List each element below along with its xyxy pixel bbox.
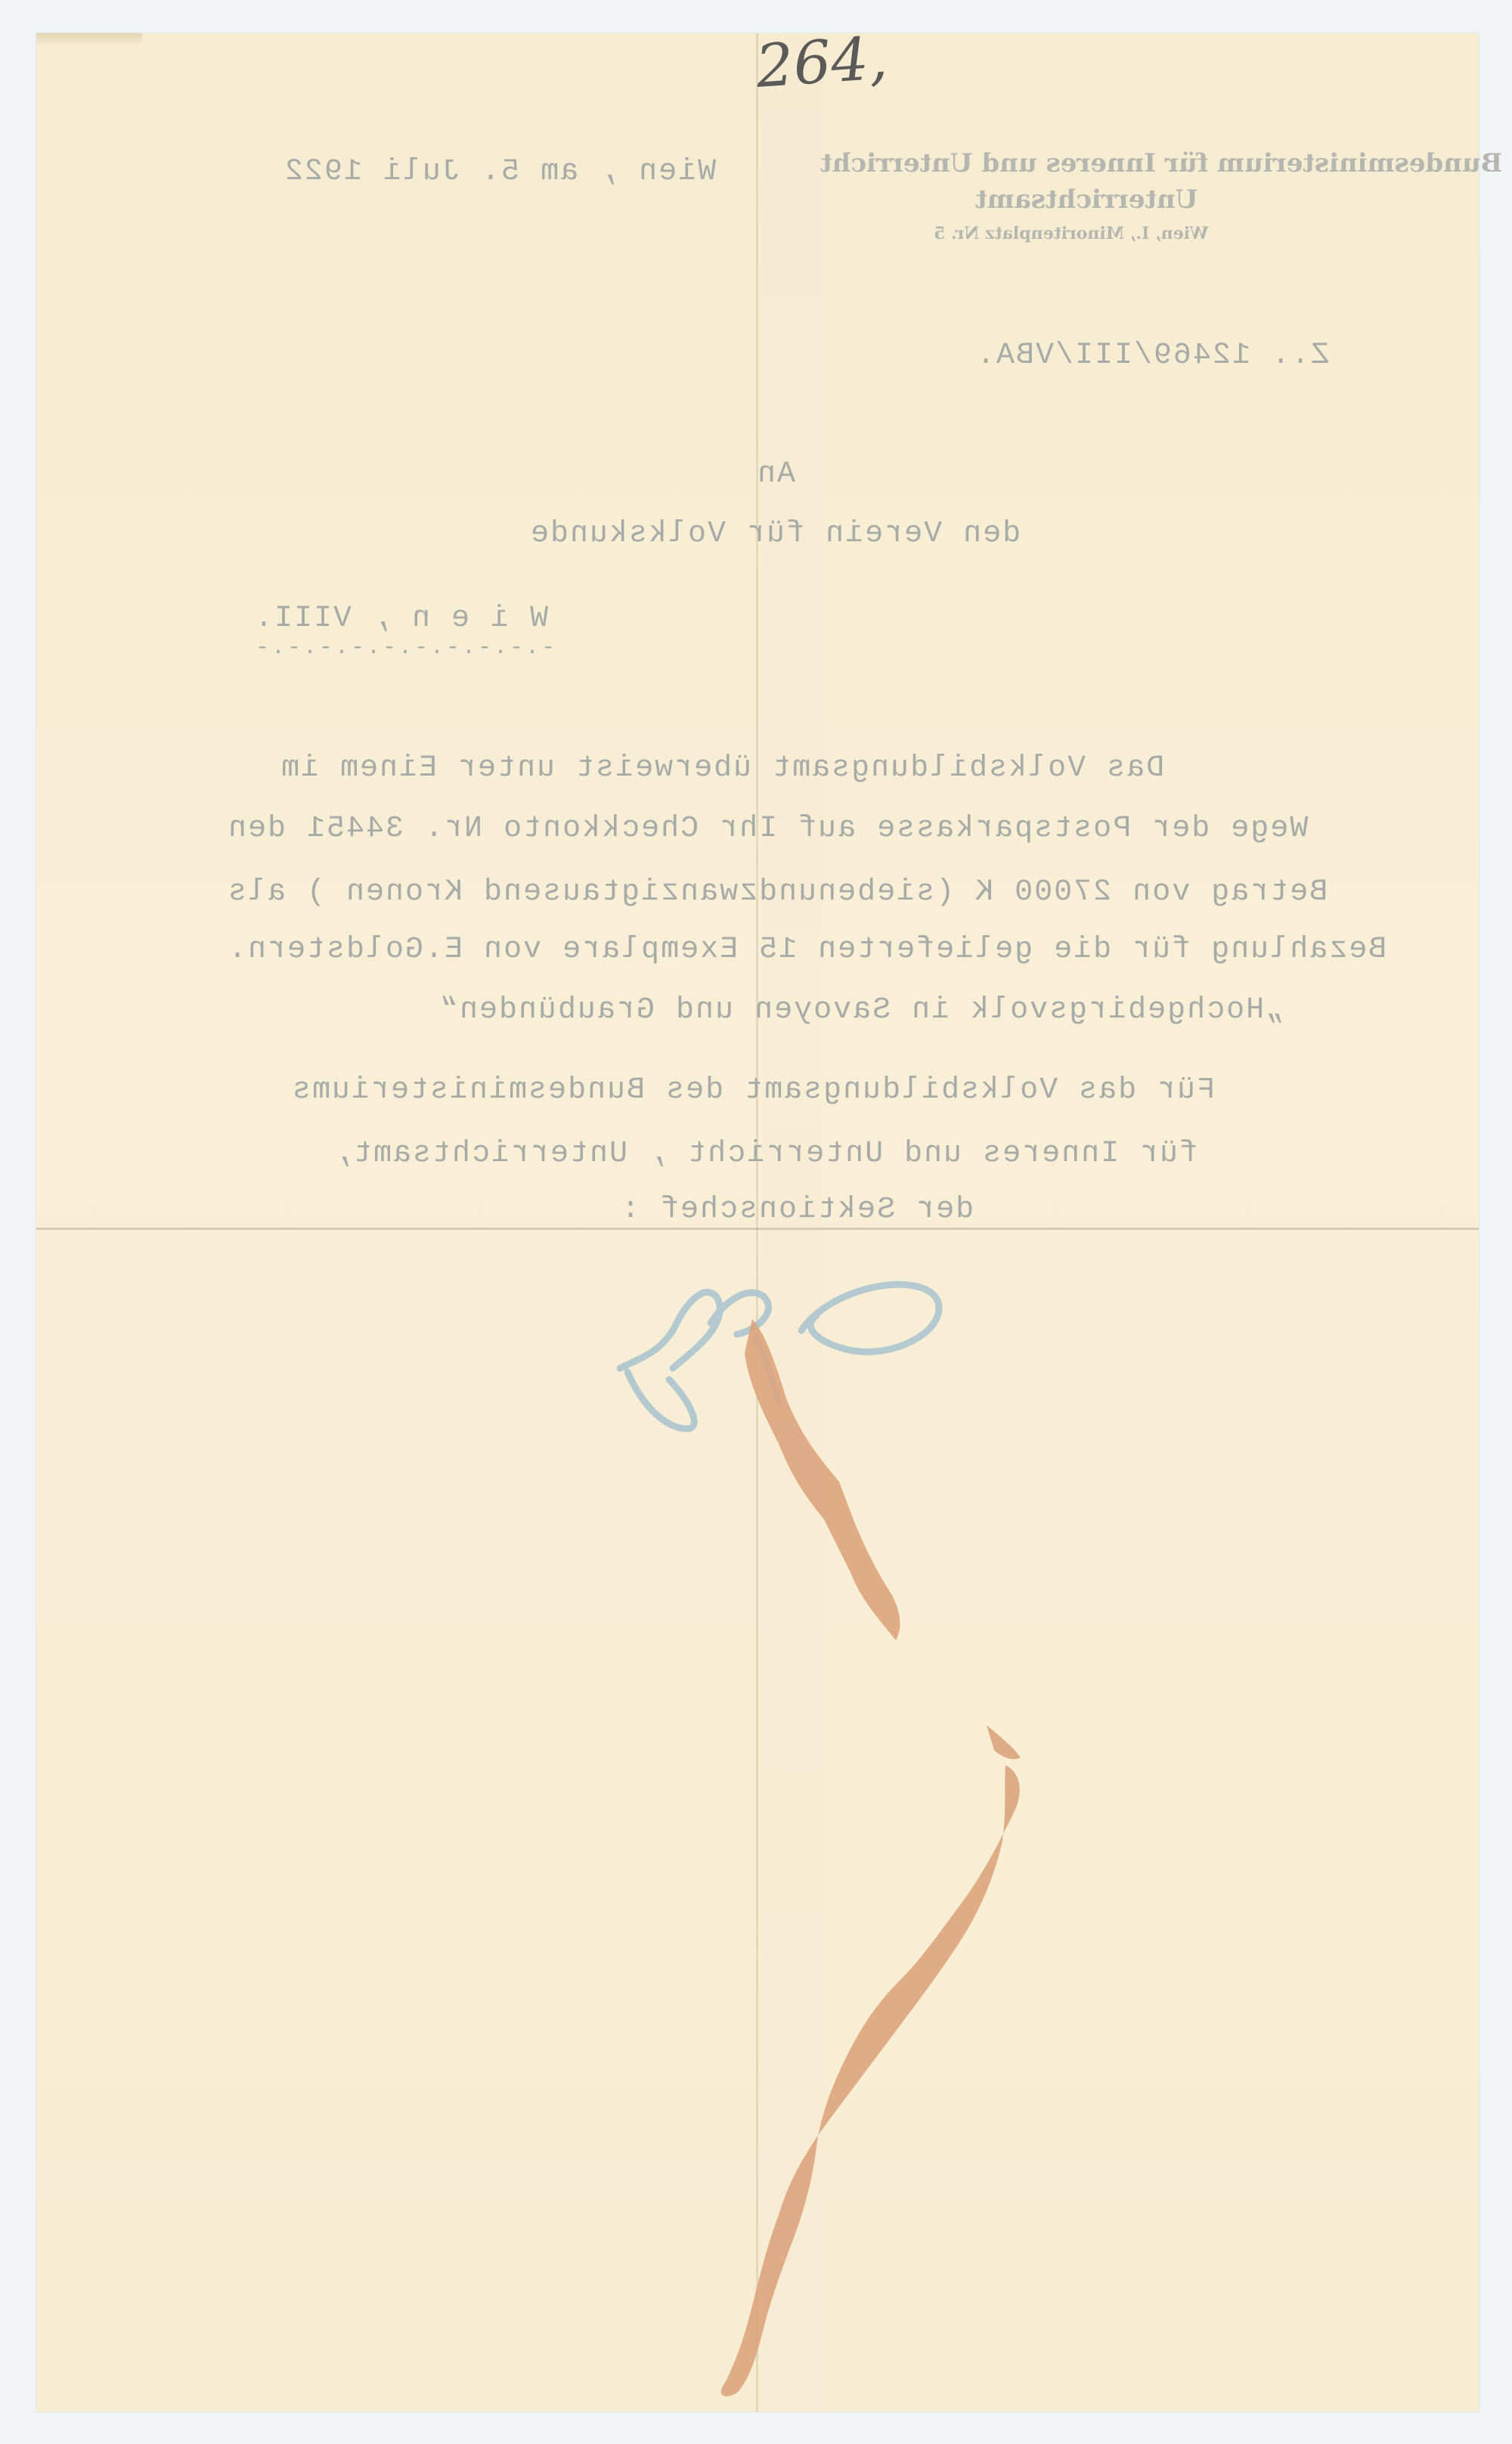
address-city: W i e n , VIII. bbox=[253, 602, 548, 636]
closing-line-2: für Inneres und Unterricht , Unterrichts… bbox=[333, 1137, 1198, 1171]
folio-number: 264, bbox=[754, 24, 890, 101]
letterhead-ministry: Bundesministerium für Inneres und Unterr… bbox=[820, 148, 1502, 178]
body-line-2: Wege der Postsparkasse auf Ihr Checkkont… bbox=[227, 812, 1308, 846]
letterhead-office: Unterrichtsamt bbox=[975, 184, 1198, 215]
address-salutation: An bbox=[756, 457, 795, 491]
body-line-1: Das Volksbildungsamt überweist unter Ein… bbox=[280, 751, 1164, 785]
body-line-5: „Hochgebirgsvolk in Savoyen und Graubünd… bbox=[438, 993, 1284, 1027]
address-underline: -.-.-.-.-.-.-.-.-.- bbox=[253, 635, 555, 661]
signature-scribble bbox=[575, 1255, 998, 1436]
reference-number: Z.. 12469/III/VBA. bbox=[975, 339, 1329, 373]
body-line-3: Betrag von 27000 K (siebenundzwanzigtaus… bbox=[227, 875, 1328, 909]
horizontal-fold-line bbox=[36, 1228, 1479, 1230]
letterhead-address: Wien, I., Minoritenplatz Nr. 5 bbox=[934, 224, 1208, 243]
address-recipient: den Verein für Volkskunde bbox=[529, 517, 1021, 551]
closing-line-3: der Sektionschef : bbox=[620, 1193, 974, 1227]
closing-line-1: Für das Volksbildungsamt des Bundesminis… bbox=[291, 1073, 1215, 1107]
date-line: Wien , am 5. Juli 1922 bbox=[283, 155, 716, 189]
paper-edge-discoloration bbox=[36, 33, 142, 44]
body-line-4: Bezahlung für die gelieferten 15 Exempla… bbox=[227, 933, 1387, 967]
